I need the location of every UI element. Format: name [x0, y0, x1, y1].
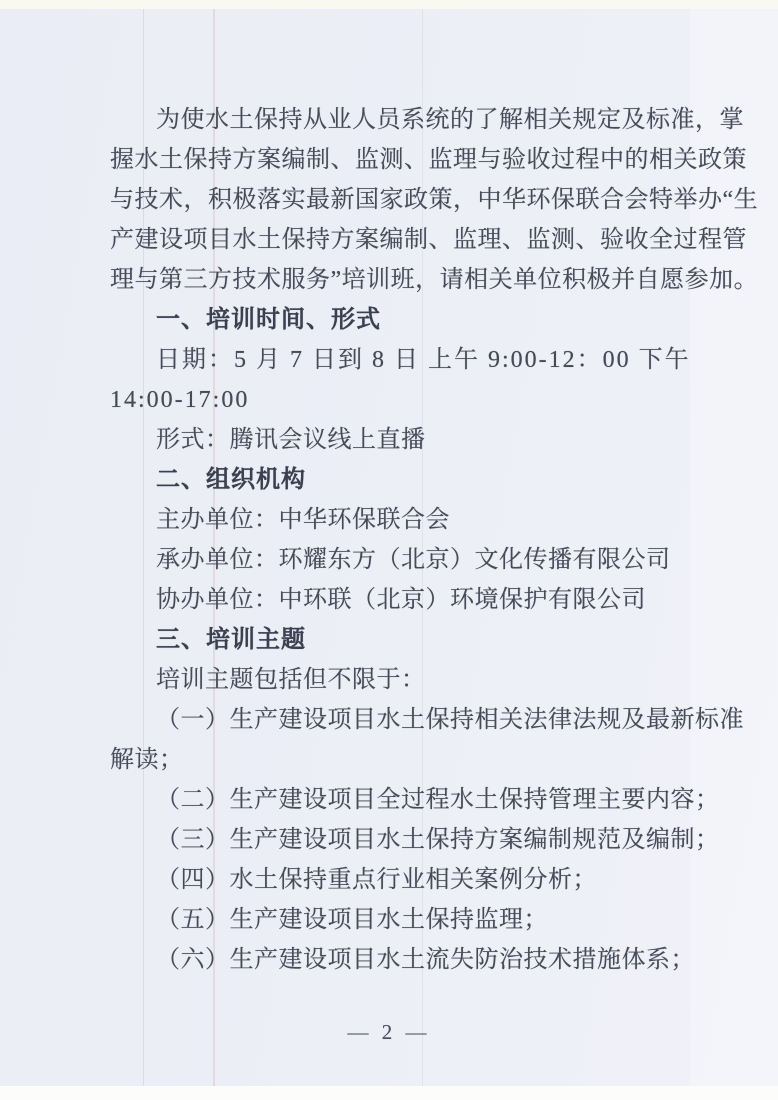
section-heading-time-format: 一、培训时间、形式: [110, 300, 685, 340]
topic-item-1: （一）生产建设项目水土保持相关法律法规及最新标准: [110, 700, 685, 740]
scanned-document-page: 为使水土保持从业人员系统的了解相关规定及标准，掌 握水土保持方案编制、监测、监理…: [0, 0, 778, 1100]
scan-top-edge: [0, 0, 778, 9]
section-heading-organization: 二、组织机构: [110, 460, 685, 500]
host-unit-line: 主办单位：中华环保联合会: [110, 500, 685, 540]
intro-line: 产建设项目水土保持方案编制、监理、监测、验收全过程管: [110, 220, 685, 260]
intro-line: 握水土保持方案编制、监测、监理与验收过程中的相关政策: [110, 140, 685, 180]
intro-line: 与技术，积极落实最新国家政策，中华环保联合会特举办“生: [110, 180, 685, 220]
document-body: 为使水土保持从业人员系统的了解相关规定及标准，掌 握水土保持方案编制、监测、监理…: [110, 100, 685, 980]
organizer-unit-line: 承办单位：环耀东方（北京）文化传播有限公司: [110, 540, 685, 580]
intro-line: 为使水土保持从业人员系统的了解相关规定及标准，掌: [110, 100, 685, 140]
intro-line: 理与第三方技术服务”培训班，请相关单位积极并自愿参加。: [110, 260, 685, 300]
topic-item-3: （三）生产建设项目水土保持方案编制规范及编制；: [110, 820, 685, 860]
scan-bottom-edge: [0, 1086, 778, 1100]
date-line-2: 14:00-17:00: [110, 380, 685, 420]
topic-item-2: （二）生产建设项目全过程水土保持管理主要内容；: [110, 780, 685, 820]
topic-item-1-wrap: 解读；: [110, 740, 685, 780]
format-line: 形式：腾讯会议线上直播: [110, 420, 685, 460]
topics-lead-line: 培训主题包括但不限于：: [110, 660, 685, 700]
date-line-1: 日期：5 月 7 日到 8 日 上午 9:00-12：00 下午: [110, 340, 685, 380]
section-heading-topics: 三、培训主题: [110, 620, 685, 660]
topic-item-5: （五）生产建设项目水土保持监理；: [110, 900, 685, 940]
co-organizer-unit-line: 协办单位：中环联（北京）环境保护有限公司: [110, 580, 685, 620]
topic-item-6: （六）生产建设项目水土流失防治技术措施体系；: [110, 940, 685, 980]
page-number: — 2 —: [0, 1020, 778, 1045]
topic-item-4: （四）水土保持重点行业相关案例分析；: [110, 860, 685, 900]
